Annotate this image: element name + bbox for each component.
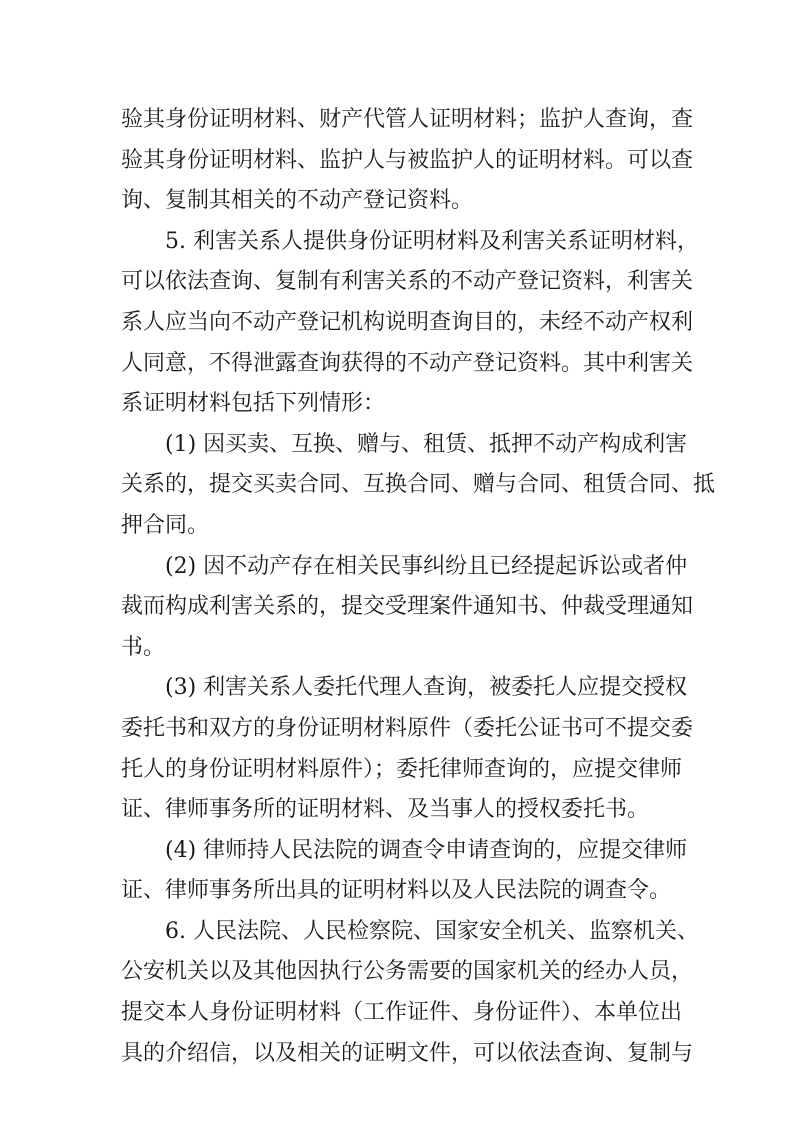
- text-line: 5. 利害关系人提供身份证明材料及利害关系证明材料，: [121, 222, 673, 263]
- paragraph-item-5-4: (4) 律师持人民法院的调查令申请查询的，应提交律师 证、律师事务所出具的证明材…: [121, 831, 673, 912]
- text-line: 公安机关以及其他因执行公务需要的国家机关的经办人员，: [121, 952, 673, 993]
- page-number: 125: [0, 1044, 793, 1059]
- text-line: 裁而构成利害关系的，提交受理案件通知书、仲裁受理通知: [121, 587, 673, 628]
- paragraph-item-5: 5. 利害关系人提供身份证明材料及利害关系证明材料， 可以依法查询、复制有利害关…: [121, 222, 673, 425]
- text-line: 验其身份证明材料、财产代管人证明材料；监护人查询，查: [121, 100, 673, 141]
- text-line: 押合同。: [121, 506, 673, 547]
- text-line: (3) 利害关系人委托代理人查询，被委托人应提交授权: [121, 668, 673, 709]
- text-line: 系证明材料包括下列情形：: [121, 384, 673, 425]
- text-line: 证、律师事务所的证明材料、及当事人的授权委托书。: [121, 790, 673, 831]
- text-line: (2) 因不动产存在相关民事纠纷且已经提起诉讼或者仲: [121, 547, 673, 588]
- text-line: 6. 人民法院、人民检察院、国家安全机关、监察机关、: [121, 912, 673, 953]
- text-line: (1) 因买卖、互换、赠与、租赁、抵押不动产构成利害: [121, 425, 673, 466]
- document-page: 验其身份证明材料、财产代管人证明材料；监护人查询，查 验其身份证明材料、监护人与…: [0, 0, 793, 1122]
- text-line: 系人应当向不动产登记机构说明查询目的，未经不动产权利: [121, 303, 673, 344]
- text-line: 询、复制其相关的不动产登记资料。: [121, 181, 673, 222]
- text-line: 验其身份证明材料、监护人与被监护人的证明材料。可以查: [121, 141, 673, 182]
- paragraph-item-5-1: (1) 因买卖、互换、赠与、租赁、抵押不动产构成利害 关系的，提交买卖合同、互换…: [121, 425, 673, 547]
- text-line: 托人的身份证明材料原件）；委托律师查询的，应提交律师: [121, 750, 673, 791]
- text-line: 可以依法查询、复制有利害关系的不动产登记资料，利害关: [121, 262, 673, 303]
- paragraph-continuation: 验其身份证明材料、财产代管人证明材料；监护人查询，查 验其身份证明材料、监护人与…: [121, 100, 673, 222]
- text-line: 关系的，提交买卖合同、互换合同、赠与合同、租赁合同、抵: [121, 465, 673, 506]
- paragraph-item-5-2: (2) 因不动产存在相关民事纠纷且已经提起诉讼或者仲 裁而构成利害关系的，提交受…: [121, 547, 673, 669]
- text-line: 书。: [121, 628, 673, 669]
- text-line: 人同意，不得泄露查询获得的不动产登记资料。其中利害关: [121, 344, 673, 385]
- text-line: 提交本人身份证明材料（工作证件、身份证件）、本单位出: [121, 993, 673, 1034]
- text-line: (4) 律师持人民法院的调查令申请查询的，应提交律师: [121, 831, 673, 872]
- body-text: 验其身份证明材料、财产代管人证明材料；监护人查询，查 验其身份证明材料、监护人与…: [121, 100, 673, 1074]
- paragraph-item-5-3: (3) 利害关系人委托代理人查询，被委托人应提交授权 委托书和双方的身份证明材料…: [121, 668, 673, 830]
- text-line: 证、律师事务所出具的证明材料以及人民法院的调查令。: [121, 871, 673, 912]
- text-line: 委托书和双方的身份证明材料原件（委托公证书可不提交委: [121, 709, 673, 750]
